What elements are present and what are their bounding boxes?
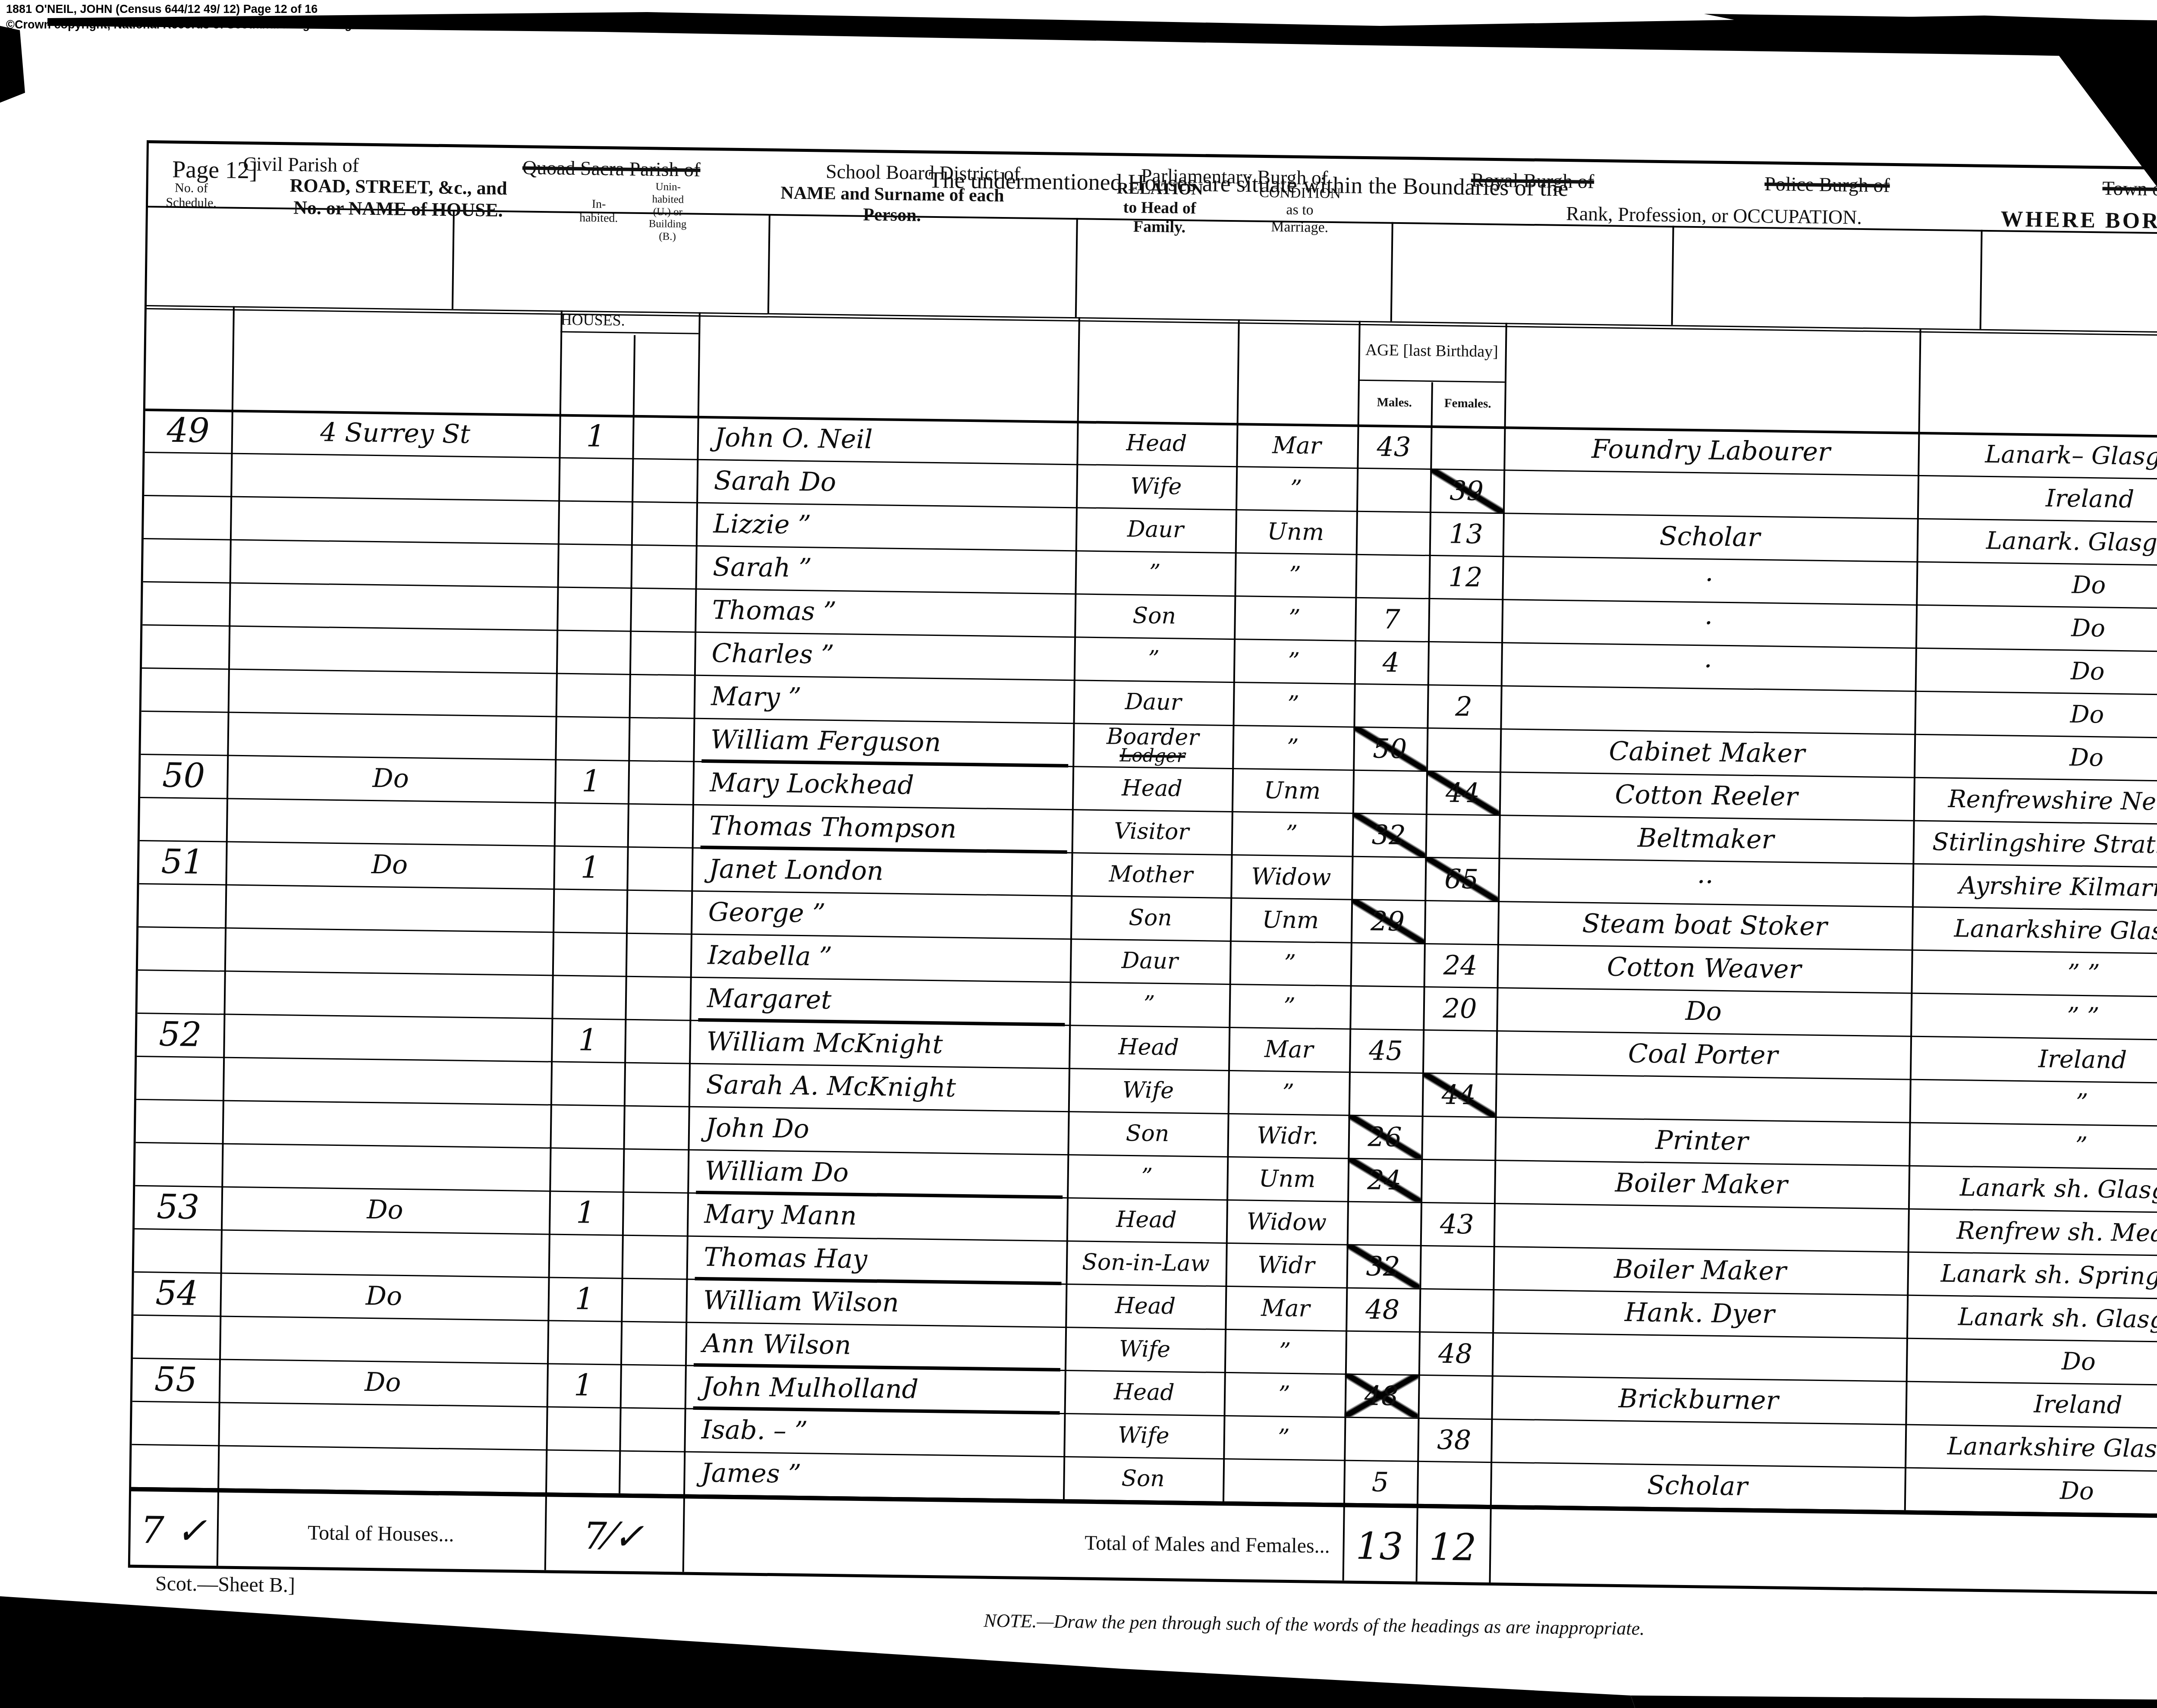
relation-cell: Son [1070, 895, 1230, 941]
address-cell: Do [219, 1359, 547, 1406]
inhabited-cell [549, 1147, 623, 1191]
age-male-cell [1349, 1072, 1422, 1116]
occupation-cell: Boiler Maker [1494, 1160, 1909, 1208]
relation-value: Son [1126, 1123, 1170, 1144]
age-female-cell: 2 [1427, 684, 1500, 728]
age-male-cell [1356, 468, 1430, 512]
relation-cell: Boarder Lodger [1072, 723, 1233, 768]
name-cell: Thomas ” [699, 588, 1088, 637]
occupation-cell [1503, 469, 1918, 518]
name-cell: Mary Mann [691, 1192, 1080, 1241]
where-born-cell: Stirlingshire Strathblane [1912, 820, 2157, 868]
condition-cell: Mar [1225, 1286, 1346, 1331]
occupation-cell: Foundry Labourer [1503, 426, 1918, 475]
col-header-houses-group: HOUSES. [560, 311, 699, 334]
address-cell: Do [226, 755, 555, 802]
condition-cell: ” [1224, 1329, 1346, 1374]
age-female-cell [1422, 1029, 1496, 1073]
age-male-cell [1351, 856, 1425, 900]
occupation-cell: Cotton Reeler [1499, 771, 1914, 820]
headings-instruction-note: NOTE.—Draw the pen through such of the w… [984, 1610, 1645, 1640]
condition-cell: ” [1224, 1372, 1345, 1417]
age-female-cell [1428, 598, 1502, 642]
name-cell: William McKnight [693, 1020, 1082, 1068]
condition-cell: Unm [1235, 509, 1356, 554]
age-male-cell [1350, 942, 1424, 986]
address-cell [223, 1057, 551, 1104]
age-female-cell [1421, 1116, 1495, 1160]
inhabited-cell [546, 1406, 619, 1450]
occupation-cell: Cotton Weaver [1497, 944, 1912, 993]
occupation-cell [1494, 1203, 1908, 1252]
inhabited-cell [555, 716, 629, 760]
name-cell: Sarah ” [700, 545, 1088, 594]
where-born-cell: Lanarkshire Glasgow [1912, 906, 2157, 954]
age-female-cell: 13 [1429, 512, 1503, 556]
occupation-cell [1495, 1073, 1910, 1122]
col-header-males: Males. [1358, 380, 1431, 425]
address-cell [227, 712, 555, 759]
total-males-value: 13 [1342, 1507, 1416, 1586]
schedule-number [134, 1228, 221, 1273]
name-cell: William Ferguson [697, 718, 1086, 766]
schedule-number [138, 883, 225, 928]
inhabited-cell [550, 1061, 624, 1105]
schedule-number [132, 1401, 218, 1445]
relation-value: Head [1118, 1037, 1179, 1058]
schedule-number [142, 581, 229, 626]
condition-cell: ” [1223, 1415, 1344, 1460]
col-header-relation: RELATION to Head of Family. [1079, 155, 1240, 261]
relation-value: Head [1115, 1296, 1176, 1317]
relation-value: ” [1143, 994, 1155, 1014]
schedule-number: 51 [139, 840, 226, 884]
relation-value: Son [1129, 908, 1172, 928]
where-born-cell: ” [1909, 1079, 2157, 1126]
age-female-cell [1425, 814, 1499, 858]
relation-cell: Wife [1076, 464, 1236, 509]
condition-cell: Mar [1228, 1027, 1349, 1072]
age-male-cell [1356, 511, 1430, 555]
where-born-cell: Ireland [1917, 475, 2157, 522]
name-cell: Sarah Do [701, 459, 1089, 507]
schedule-number [144, 452, 231, 496]
relation-cell: Head [1064, 1370, 1224, 1415]
age-male-cell: 5 [1343, 1460, 1417, 1504]
col-header-inhabited: In- habited. [562, 170, 636, 253]
name-cell: John Do [692, 1106, 1081, 1154]
occupation-cell [1500, 685, 1915, 734]
address-cell: Do [225, 841, 553, 889]
schedule-number [143, 538, 230, 582]
occupation-cell: Steam boat Stoker [1497, 901, 1912, 950]
schedule-number [142, 624, 229, 669]
relation-value: Daur [1121, 950, 1178, 972]
address-cell [223, 1014, 551, 1061]
relation-cell: ” [1069, 981, 1229, 1027]
age-male-cell: 7 [1355, 597, 1428, 641]
inhabited-cell [553, 888, 626, 932]
total-houses-label: Total of Houses... [221, 1493, 541, 1575]
occupation-cell: Hank. Dyer [1492, 1289, 1907, 1338]
condition-cell: Unm [1230, 897, 1351, 942]
address-cell [230, 539, 558, 587]
relation-value: Mother [1109, 864, 1193, 885]
age-male-cell [1344, 1417, 1418, 1461]
where-born-cell: Do [1906, 1338, 2157, 1385]
relation-cell: Wife [1068, 1068, 1228, 1113]
where-born-cell: Do [1904, 1467, 2157, 1515]
relation-value: Son [1132, 606, 1176, 626]
where-born-cell: Renfrewshire Neilston [1913, 777, 2157, 824]
occupation-cell: Scholar [1490, 1462, 1905, 1510]
schedule-number: 50 [140, 754, 227, 798]
condition-cell: Mar [1236, 423, 1357, 468]
address-cell [230, 496, 558, 544]
schedule-number: 53 [135, 1185, 221, 1230]
relation-cell: Head [1076, 421, 1236, 466]
age-female-cell [1418, 1375, 1491, 1419]
age-male-cell: 45 [1349, 1029, 1423, 1073]
age-male-cell [1352, 770, 1426, 814]
name-cell: Mary ” [698, 675, 1087, 723]
copyright-line: ©Crown copyright, National Records of Sc… [6, 18, 553, 31]
occupation-cell [1490, 1419, 1905, 1467]
address-cell [217, 1445, 546, 1492]
relation-cell: Visitor [1072, 809, 1232, 854]
name-cell: William Do [692, 1149, 1080, 1198]
relation-value: Head [1114, 1382, 1175, 1403]
address-cell [226, 798, 554, 846]
age-male-cell: 24 [1347, 1158, 1421, 1202]
where-born-cell: Lanark sh. Glasgow [1906, 1295, 2157, 1342]
age-male-cell [1355, 554, 1429, 598]
age-male-cell: 48 [1345, 1374, 1418, 1418]
name-cell: Janet London [695, 847, 1084, 896]
name-cell: Thomas Thompson [696, 804, 1085, 852]
relation-cell: ” [1074, 636, 1234, 682]
where-born-cell: Lanark. Glasgow [1917, 518, 2157, 566]
inhabited-cell [557, 587, 630, 631]
inhabited-cell [548, 1233, 622, 1277]
name-cell: Sarah A. McKnight [693, 1063, 1082, 1111]
age-female-cell [1421, 1159, 1494, 1203]
schedule-number [136, 1099, 223, 1143]
enumeration-form: Page 12] The undermentioned Houses are s… [128, 140, 2157, 1600]
address-cell [220, 1229, 549, 1277]
name-cell: Margaret [694, 977, 1082, 1025]
name-cell: James ” [688, 1451, 1076, 1500]
condition-cell: ” [1229, 984, 1350, 1029]
relation-cell: Daur [1073, 679, 1233, 725]
col-header-age-group: AGE [last Birthday] [1358, 321, 1506, 383]
relation-cell: Son [1063, 1456, 1223, 1501]
col-header-schedule: No. of Schedule. [148, 143, 235, 248]
relation-value: Son-in-Law [1082, 1252, 1210, 1274]
inhabited-cell [551, 975, 625, 1019]
schedule-number [135, 1142, 222, 1186]
address-cell: Do [221, 1186, 549, 1233]
condition-cell: ” [1232, 725, 1353, 770]
relation-cell: Head [1072, 766, 1232, 811]
age-female-cell: 44 [1426, 771, 1500, 815]
schedule-number: 49 [145, 409, 232, 453]
age-male-cell: 4 [1354, 640, 1428, 684]
name-cell: Isab. – ” [688, 1408, 1077, 1456]
name-cell: John O. Neil [701, 416, 1090, 464]
schedule-number [136, 1056, 223, 1100]
bottom-left-mass [0, 1596, 1635, 1708]
occupation-cell: Scholar [1503, 513, 1917, 561]
where-born-cell: Do [1915, 604, 2157, 652]
relation-value: Visitor [1114, 821, 1189, 842]
condition-cell: ” [1233, 682, 1354, 727]
address-cell [230, 453, 559, 500]
name-cell: William Wilson [690, 1279, 1078, 1327]
address-cell: Do [220, 1272, 548, 1320]
name-cell: Izabella ” [695, 934, 1083, 982]
col-header-road-street: ROAD, STREET, &c., and No. or NAME of HO… [234, 145, 563, 252]
left-edge-mark [0, 26, 25, 103]
relation-cell: Son-in-Law [1066, 1240, 1226, 1286]
where-born-cell: Lanarkshire Glasgow [1905, 1424, 2157, 1472]
address-cell [224, 928, 553, 975]
where-born-cell: Do [1916, 561, 2157, 609]
address-cell [228, 669, 556, 716]
relation-value: ” [1141, 1167, 1153, 1187]
address-cell: 4 Surrey St [231, 410, 560, 457]
inhabited-cell [547, 1320, 621, 1364]
condition-cell: ” [1234, 595, 1355, 640]
inhabited-cell [556, 630, 630, 674]
age-male-cell: 32 [1352, 813, 1426, 857]
condition-cell: Widow [1226, 1199, 1347, 1244]
relation-value: Head [1126, 433, 1187, 454]
total-houses-value: 7⁄✓ [544, 1497, 683, 1576]
age-female-cell [1426, 727, 1500, 771]
relation-cell: Mother [1071, 852, 1231, 897]
age-female-cell [1424, 900, 1498, 944]
relation-value: Wife [1118, 1425, 1170, 1446]
name-cell: Charles ” [698, 632, 1087, 680]
census-scan-page: 1881 O'NEIL, JOHN (Census 644/12 49/ 12)… [0, 0, 2157, 1708]
relation-value: Wife [1130, 476, 1182, 497]
schedule-number [133, 1315, 220, 1359]
schedule-number: 52 [137, 1013, 223, 1057]
schedule-number [138, 969, 224, 1014]
address-cell [219, 1315, 547, 1363]
age-female-cell: 20 [1423, 986, 1497, 1030]
condition-cell: ” [1233, 639, 1355, 683]
condition-cell: ” [1236, 466, 1357, 511]
inhabited-cell [558, 457, 632, 501]
schedule-number [141, 667, 228, 712]
age-female-cell: 38 [1417, 1418, 1491, 1462]
schedule-number [138, 926, 225, 971]
age-female-cell: 24 [1424, 943, 1497, 987]
age-female-cell [1430, 425, 1504, 469]
address-cell [225, 884, 553, 932]
inhabited-cell [557, 544, 631, 588]
relation-cell: Daur [1075, 507, 1236, 552]
age-female-cell: 43 [1420, 1202, 1494, 1246]
margin-x-mark [27, 1436, 42, 1450]
occupation-cell: ·· [1498, 858, 1912, 906]
occupation-cell: Coal Porter [1496, 1030, 1910, 1079]
relation-value: Wife [1122, 1080, 1174, 1101]
inhabited-cell [552, 931, 626, 975]
occupation-cell: · [1501, 599, 1916, 648]
occupation-cell: · [1502, 556, 1916, 604]
where-born-cell: ” [1909, 1122, 2157, 1170]
inhabited-cell [545, 1449, 619, 1493]
age-female-cell: 12 [1428, 555, 1502, 599]
where-born-cell: Ayrshire Kilmarnock [1912, 863, 2157, 911]
inhabited-cell [550, 1104, 624, 1148]
where-born-cell: Renfrew sh. Mearns [1908, 1208, 2157, 1256]
age-male-cell [1349, 985, 1423, 1029]
record-title: 1881 O'NEIL, JOHN (Census 644/12 49/ 12)… [6, 3, 318, 16]
total-males-females-label: Total of Males and Females... [682, 1499, 1339, 1585]
age-female-cell: 39 [1430, 469, 1503, 513]
total-windowed-rooms-label: Total of Windowed Rooms .. [1489, 1509, 2157, 1600]
address-cell [228, 626, 557, 673]
relation-cell: Son [1067, 1111, 1227, 1156]
top-right-band [1704, 14, 2157, 70]
where-born-cell: Lanark sh. Glasgow [1908, 1165, 2157, 1213]
condition-cell: ” [1231, 811, 1352, 856]
schedule-number [141, 711, 227, 755]
where-born-cell: Ireland [1910, 1036, 2157, 1083]
schedule-number: 54 [133, 1271, 220, 1316]
occupation-cell: Beltmaker [1498, 815, 1913, 863]
condition-cell: Widr [1225, 1242, 1346, 1287]
inhabited-cell [556, 673, 629, 717]
name-cell: Ann Wilson [689, 1322, 1078, 1370]
age-female-cell [1428, 641, 1501, 685]
occupation-cell: Brickburner [1491, 1375, 1905, 1424]
occupation-cell: · [1501, 642, 1915, 691]
age-female-cell: 65 [1424, 857, 1498, 901]
age-male-cell: 32 [1346, 1244, 1420, 1288]
address-cell [218, 1402, 546, 1449]
address-cell [229, 582, 557, 630]
condition-cell: Unm [1226, 1156, 1348, 1201]
relation-cell: Head [1069, 1025, 1229, 1070]
schedule-number [140, 797, 226, 841]
occupation-cell: Cabinet Maker [1500, 728, 1914, 777]
where-born-cell: ” ” [1910, 993, 2157, 1040]
total-females-value: 12 [1415, 1508, 1490, 1587]
col-header-condition: CONDITION as to Marriage. [1239, 157, 1361, 263]
age-male-cell: 29 [1351, 899, 1424, 943]
age-male-cell: 26 [1348, 1115, 1421, 1159]
age-male-cell [1353, 683, 1427, 727]
schedule-number [144, 495, 230, 539]
condition-cell: ” [1229, 941, 1351, 985]
inhabited-cell: 1 [549, 1190, 623, 1234]
name-cell: George ” [695, 890, 1084, 939]
where-born-cell: Do [1915, 648, 2157, 695]
relation-value: ” [1148, 649, 1160, 669]
occupation-cell [1492, 1332, 1906, 1381]
age-female-cell [1419, 1245, 1493, 1289]
condition-cell: Widow [1230, 854, 1352, 899]
relation-cell: Wife [1065, 1327, 1225, 1372]
address-cell [222, 1100, 550, 1147]
schedule-number: 55 [132, 1358, 219, 1402]
col-header-uninhabited: Unin- habited (U.) or Building (B.) [635, 170, 701, 254]
relation-value: Son [1121, 1468, 1165, 1489]
relation-cell: Daur [1070, 938, 1230, 984]
relation-cell: Wife [1063, 1413, 1223, 1458]
condition-cell: ” [1234, 552, 1355, 597]
relation-struck-value: Lodger [1119, 747, 1185, 764]
inhabited-cell: 1 [551, 1018, 625, 1062]
age-female-cell [1419, 1288, 1493, 1332]
col-header-occupation: Rank, Profession, or OCCUPATION. [1506, 161, 1921, 270]
where-born-cell: ” ” [1911, 950, 2157, 997]
relation-value: Head [1122, 778, 1182, 799]
relation-value: Daur [1127, 519, 1184, 540]
bottom-strip [1631, 1695, 2157, 1708]
inhabited-cell: 1 [553, 845, 627, 889]
occupation-cell: Do [1496, 987, 1911, 1036]
schedule-number [131, 1444, 218, 1488]
relation-cell: Head [1065, 1283, 1225, 1329]
age-female-cell: 44 [1422, 1073, 1496, 1117]
relation-cell: Son [1074, 593, 1234, 639]
address-cell [221, 1143, 550, 1190]
name-cell: John Mulholland [689, 1365, 1078, 1413]
inhabited-cell: 1 [547, 1363, 620, 1407]
age-male-cell [1347, 1201, 1421, 1245]
age-female-cell: 48 [1418, 1331, 1492, 1375]
sheet-reference: Scot.—Sheet B.] [155, 1572, 296, 1597]
relation-value: Head [1116, 1209, 1177, 1230]
relation-cell: Head [1066, 1197, 1226, 1242]
col-header-females: Females. [1431, 381, 1505, 426]
inhabited-cell [558, 500, 632, 544]
occupation-cell: Printer [1494, 1117, 1909, 1165]
name-cell: Lizzie ” [700, 502, 1089, 550]
inhabited-cell: 1 [554, 759, 628, 803]
col-header-name: NAME and Surname of each Person. [704, 151, 1081, 259]
where-born-cell: Lanark sh. Springburn [1907, 1252, 2157, 1299]
relation-value: Daur [1125, 692, 1182, 713]
inhabited-cell [554, 802, 628, 846]
relation-cell: ” [1067, 1154, 1227, 1199]
address-cell [224, 971, 552, 1018]
relation-value: ” [1149, 563, 1160, 583]
condition-cell [1223, 1458, 1344, 1503]
age-male-cell: 43 [1357, 425, 1431, 469]
condition-cell: Unm [1232, 768, 1353, 813]
where-born-cell: Lanark– Glasgow [1918, 432, 2157, 479]
inhabited-cell: 1 [547, 1277, 621, 1321]
where-born-cell: Do [1914, 691, 2157, 738]
where-born-cell: Ireland [1905, 1381, 2157, 1428]
age-male-cell: 48 [1346, 1287, 1419, 1331]
age-male-cell: 50 [1353, 727, 1427, 771]
condition-cell: Widr. [1227, 1113, 1348, 1158]
houses-total-tick: 7 ✓ [130, 1491, 217, 1570]
col-header-where-born: WHERE BORN. [1920, 167, 2157, 274]
relation-value: Wife [1119, 1339, 1171, 1359]
inhabited-cell: 1 [559, 414, 632, 458]
occupation-cell: Boiler Maker [1493, 1246, 1907, 1295]
name-cell: Thomas Hay [691, 1236, 1079, 1284]
